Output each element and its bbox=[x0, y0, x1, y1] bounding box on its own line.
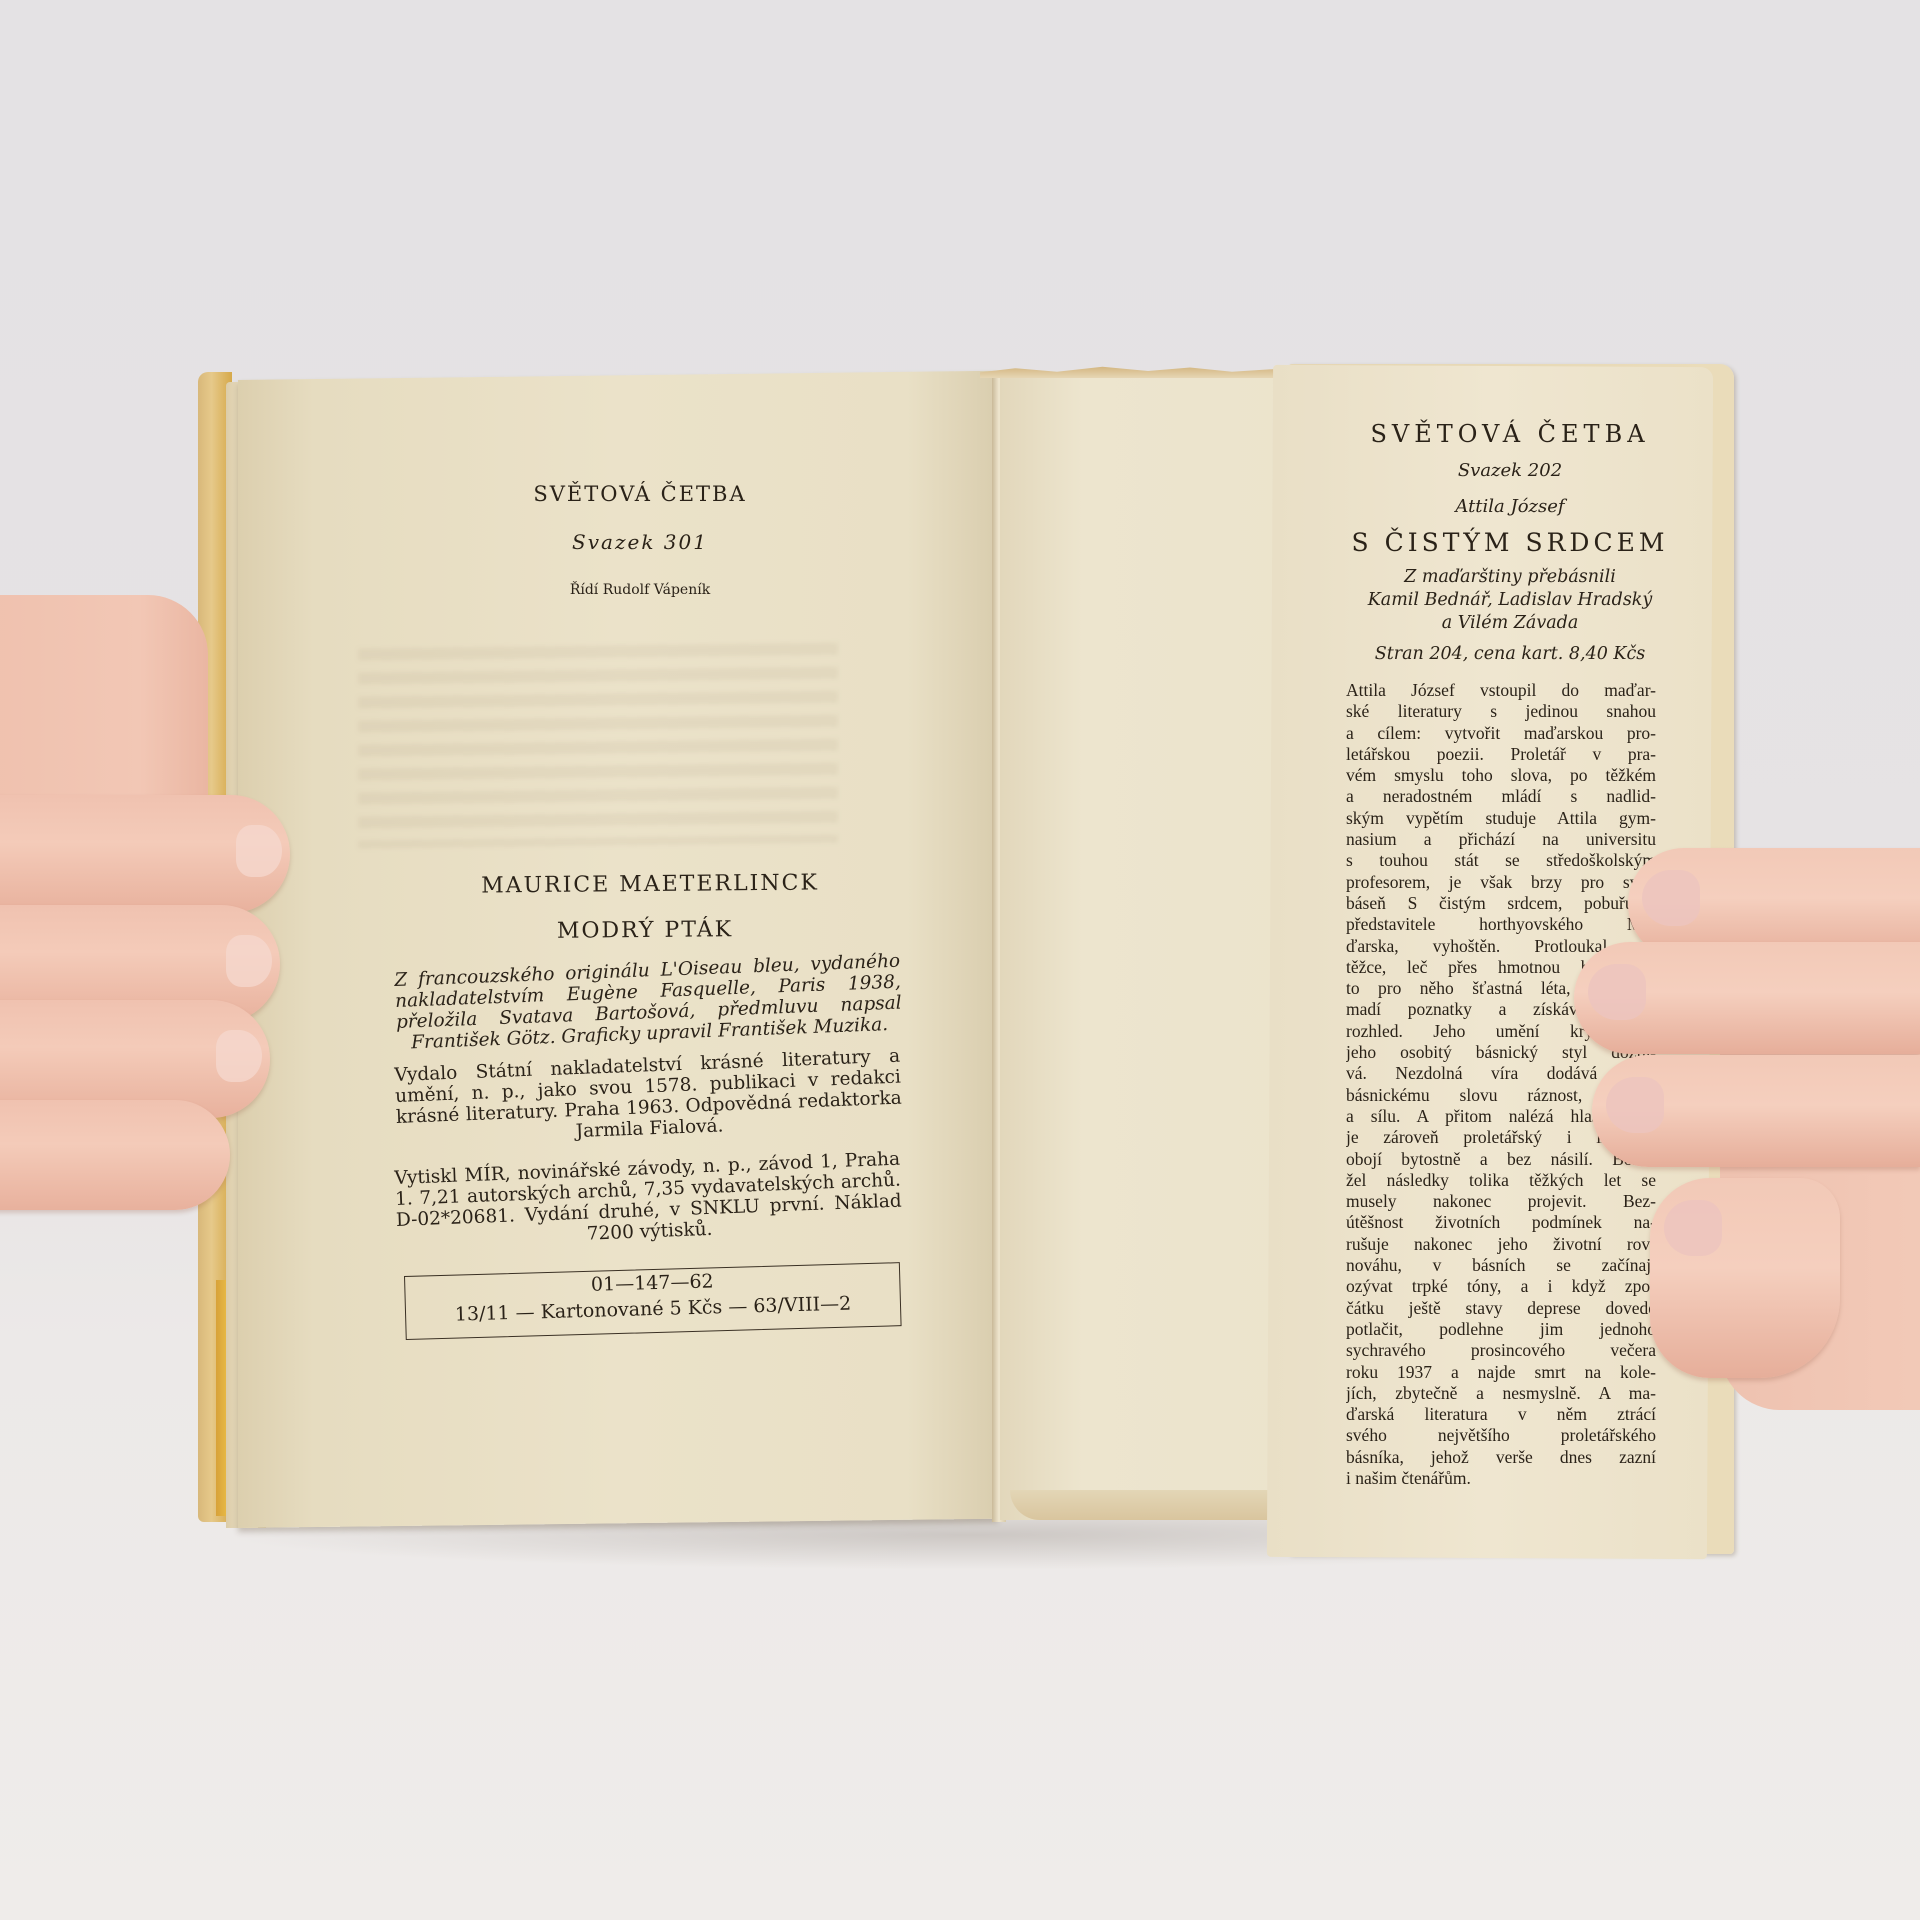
flap-volume-number: Svazek 202 bbox=[1340, 460, 1680, 481]
blurb-line: musely nakonec projevit. Bez- bbox=[1346, 1191, 1656, 1212]
blurb-line: sychravého prosincového večera bbox=[1346, 1340, 1656, 1361]
blurb-line: básníka, jehož verše dnes zazní bbox=[1346, 1447, 1656, 1468]
flap-pages-price: Stran 204, cena kart. 8,40 Kčs bbox=[1340, 644, 1680, 664]
fingernail bbox=[226, 935, 272, 987]
blurb-line: nasium a přichází na universitu bbox=[1346, 829, 1656, 850]
blurb-line: letářskou poezii. Proletář v pra- bbox=[1346, 744, 1656, 765]
blurb-line: vém smyslu toho slova, po těžkém bbox=[1346, 765, 1656, 786]
blurb-line: báseň S čistým srdcem, pobuřující bbox=[1346, 893, 1656, 914]
author-name: MAURICE MAETERLINCK bbox=[440, 870, 860, 899]
translators-line: Z maďarštiny přebásnili bbox=[1340, 566, 1680, 589]
blurb-line: jích, zbytečně a nesmyslně. A ma- bbox=[1346, 1383, 1656, 1404]
blurb-line: s touhou stát se středoškolským bbox=[1346, 850, 1656, 871]
blurb-line: profesorem, je však brzy pro svou bbox=[1346, 872, 1656, 893]
fingernail bbox=[1606, 1077, 1664, 1133]
photo-scene: SVĚTOVÁ ČETBA Svazek 301 Řídí Rudolf Váp… bbox=[0, 0, 1920, 1920]
blurb-line: ským vypětím studuje Attila gym- bbox=[1346, 808, 1656, 829]
blurb-line: i našim čtenářům. bbox=[1346, 1468, 1656, 1489]
fingernail bbox=[1642, 870, 1700, 926]
left-finger bbox=[0, 795, 290, 913]
fingernail bbox=[216, 1030, 262, 1082]
show-through-text bbox=[358, 643, 838, 849]
blurb-line: ďarská literatura v něm ztrácí bbox=[1346, 1404, 1656, 1425]
flap-series-title: SVĚTOVÁ ČETBA bbox=[1340, 420, 1680, 448]
blurb-line: představitele horthyovského Ma- bbox=[1346, 914, 1656, 935]
fingernail bbox=[1588, 964, 1646, 1020]
right-finger bbox=[1574, 942, 1920, 1054]
series-editor: Řídí Rudolf Vápeník bbox=[480, 582, 800, 598]
book-title: MODRÝ PTÁK bbox=[480, 917, 810, 945]
right-finger bbox=[1650, 1178, 1840, 1378]
blurb-line: útěšnost životních podmínek na- bbox=[1346, 1212, 1656, 1233]
blurb-line: čátku ještě stavy deprese dovede bbox=[1346, 1298, 1656, 1319]
blurb-line: nováhu, v básních se začínají bbox=[1346, 1255, 1656, 1276]
series-title: SVĚTOVÁ ČETBA bbox=[480, 482, 800, 506]
flap-book-title: S ČISTÝM SRDCEM bbox=[1340, 528, 1680, 557]
blurb-line: žel následky tolika těžkých let se bbox=[1346, 1170, 1656, 1191]
blurb-line: ské literatury s jedinou snahou bbox=[1346, 701, 1656, 722]
translators-line: Kamil Bednář, Ladislav Hradský bbox=[1340, 589, 1680, 612]
flap-author: Attila József bbox=[1340, 496, 1680, 517]
blurb-line: svého největšího proletářského bbox=[1346, 1425, 1656, 1446]
translators-line: a Vilém Závada bbox=[1340, 612, 1680, 635]
blurb-line: a cílem: vytvořit maďarskou pro- bbox=[1346, 723, 1656, 744]
fingernail bbox=[236, 825, 282, 877]
blurb-line: rušuje nakonec jeho životní rov- bbox=[1346, 1234, 1656, 1255]
blurb-line: ozývat trpké tóny, a i když zpo- bbox=[1346, 1276, 1656, 1297]
blurb-line: potlačit, podlehne jim jednoho bbox=[1346, 1319, 1656, 1340]
blurb-line: Attila József vstoupil do maďar- bbox=[1346, 680, 1656, 701]
right-finger bbox=[1592, 1055, 1920, 1167]
flap-translators: Z maďarštiny přebásnili Kamil Bednář, La… bbox=[1340, 566, 1680, 635]
volume-number: Svazek 301 bbox=[480, 530, 800, 554]
blurb-line: a neradostném mládí s nadlid- bbox=[1346, 786, 1656, 807]
left-finger bbox=[0, 1100, 230, 1210]
fingernail bbox=[1664, 1200, 1722, 1256]
blurb-line: roku 1937 a najde smrt na kole- bbox=[1346, 1362, 1656, 1383]
